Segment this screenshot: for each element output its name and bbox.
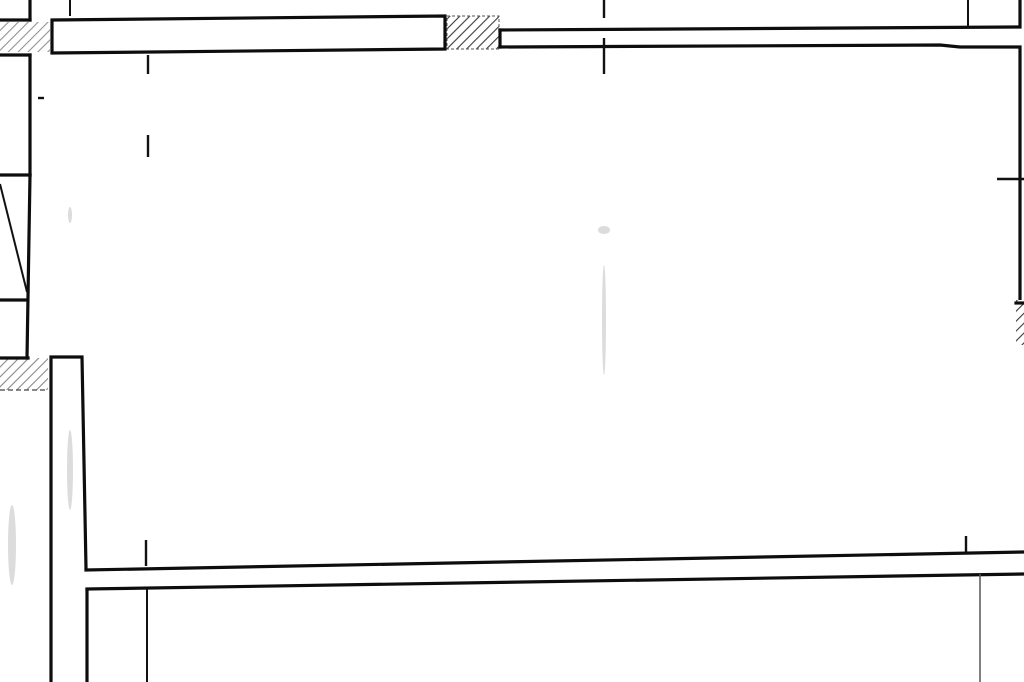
left-wall xyxy=(0,55,30,358)
floor-plan xyxy=(0,0,1024,682)
top-wall-segment xyxy=(52,16,445,53)
hatched-column-right xyxy=(1016,300,1024,345)
hatched-column-top-left xyxy=(0,22,50,52)
axis-ticks xyxy=(38,0,966,566)
scan-noise xyxy=(8,207,610,585)
window-diagonal xyxy=(0,184,27,292)
hatched-column-top-middle xyxy=(447,16,499,49)
left-column-wall xyxy=(51,357,87,682)
bottom-wall xyxy=(86,552,1024,682)
hatched-column-left xyxy=(0,358,48,390)
top-right-wall xyxy=(500,0,1020,300)
